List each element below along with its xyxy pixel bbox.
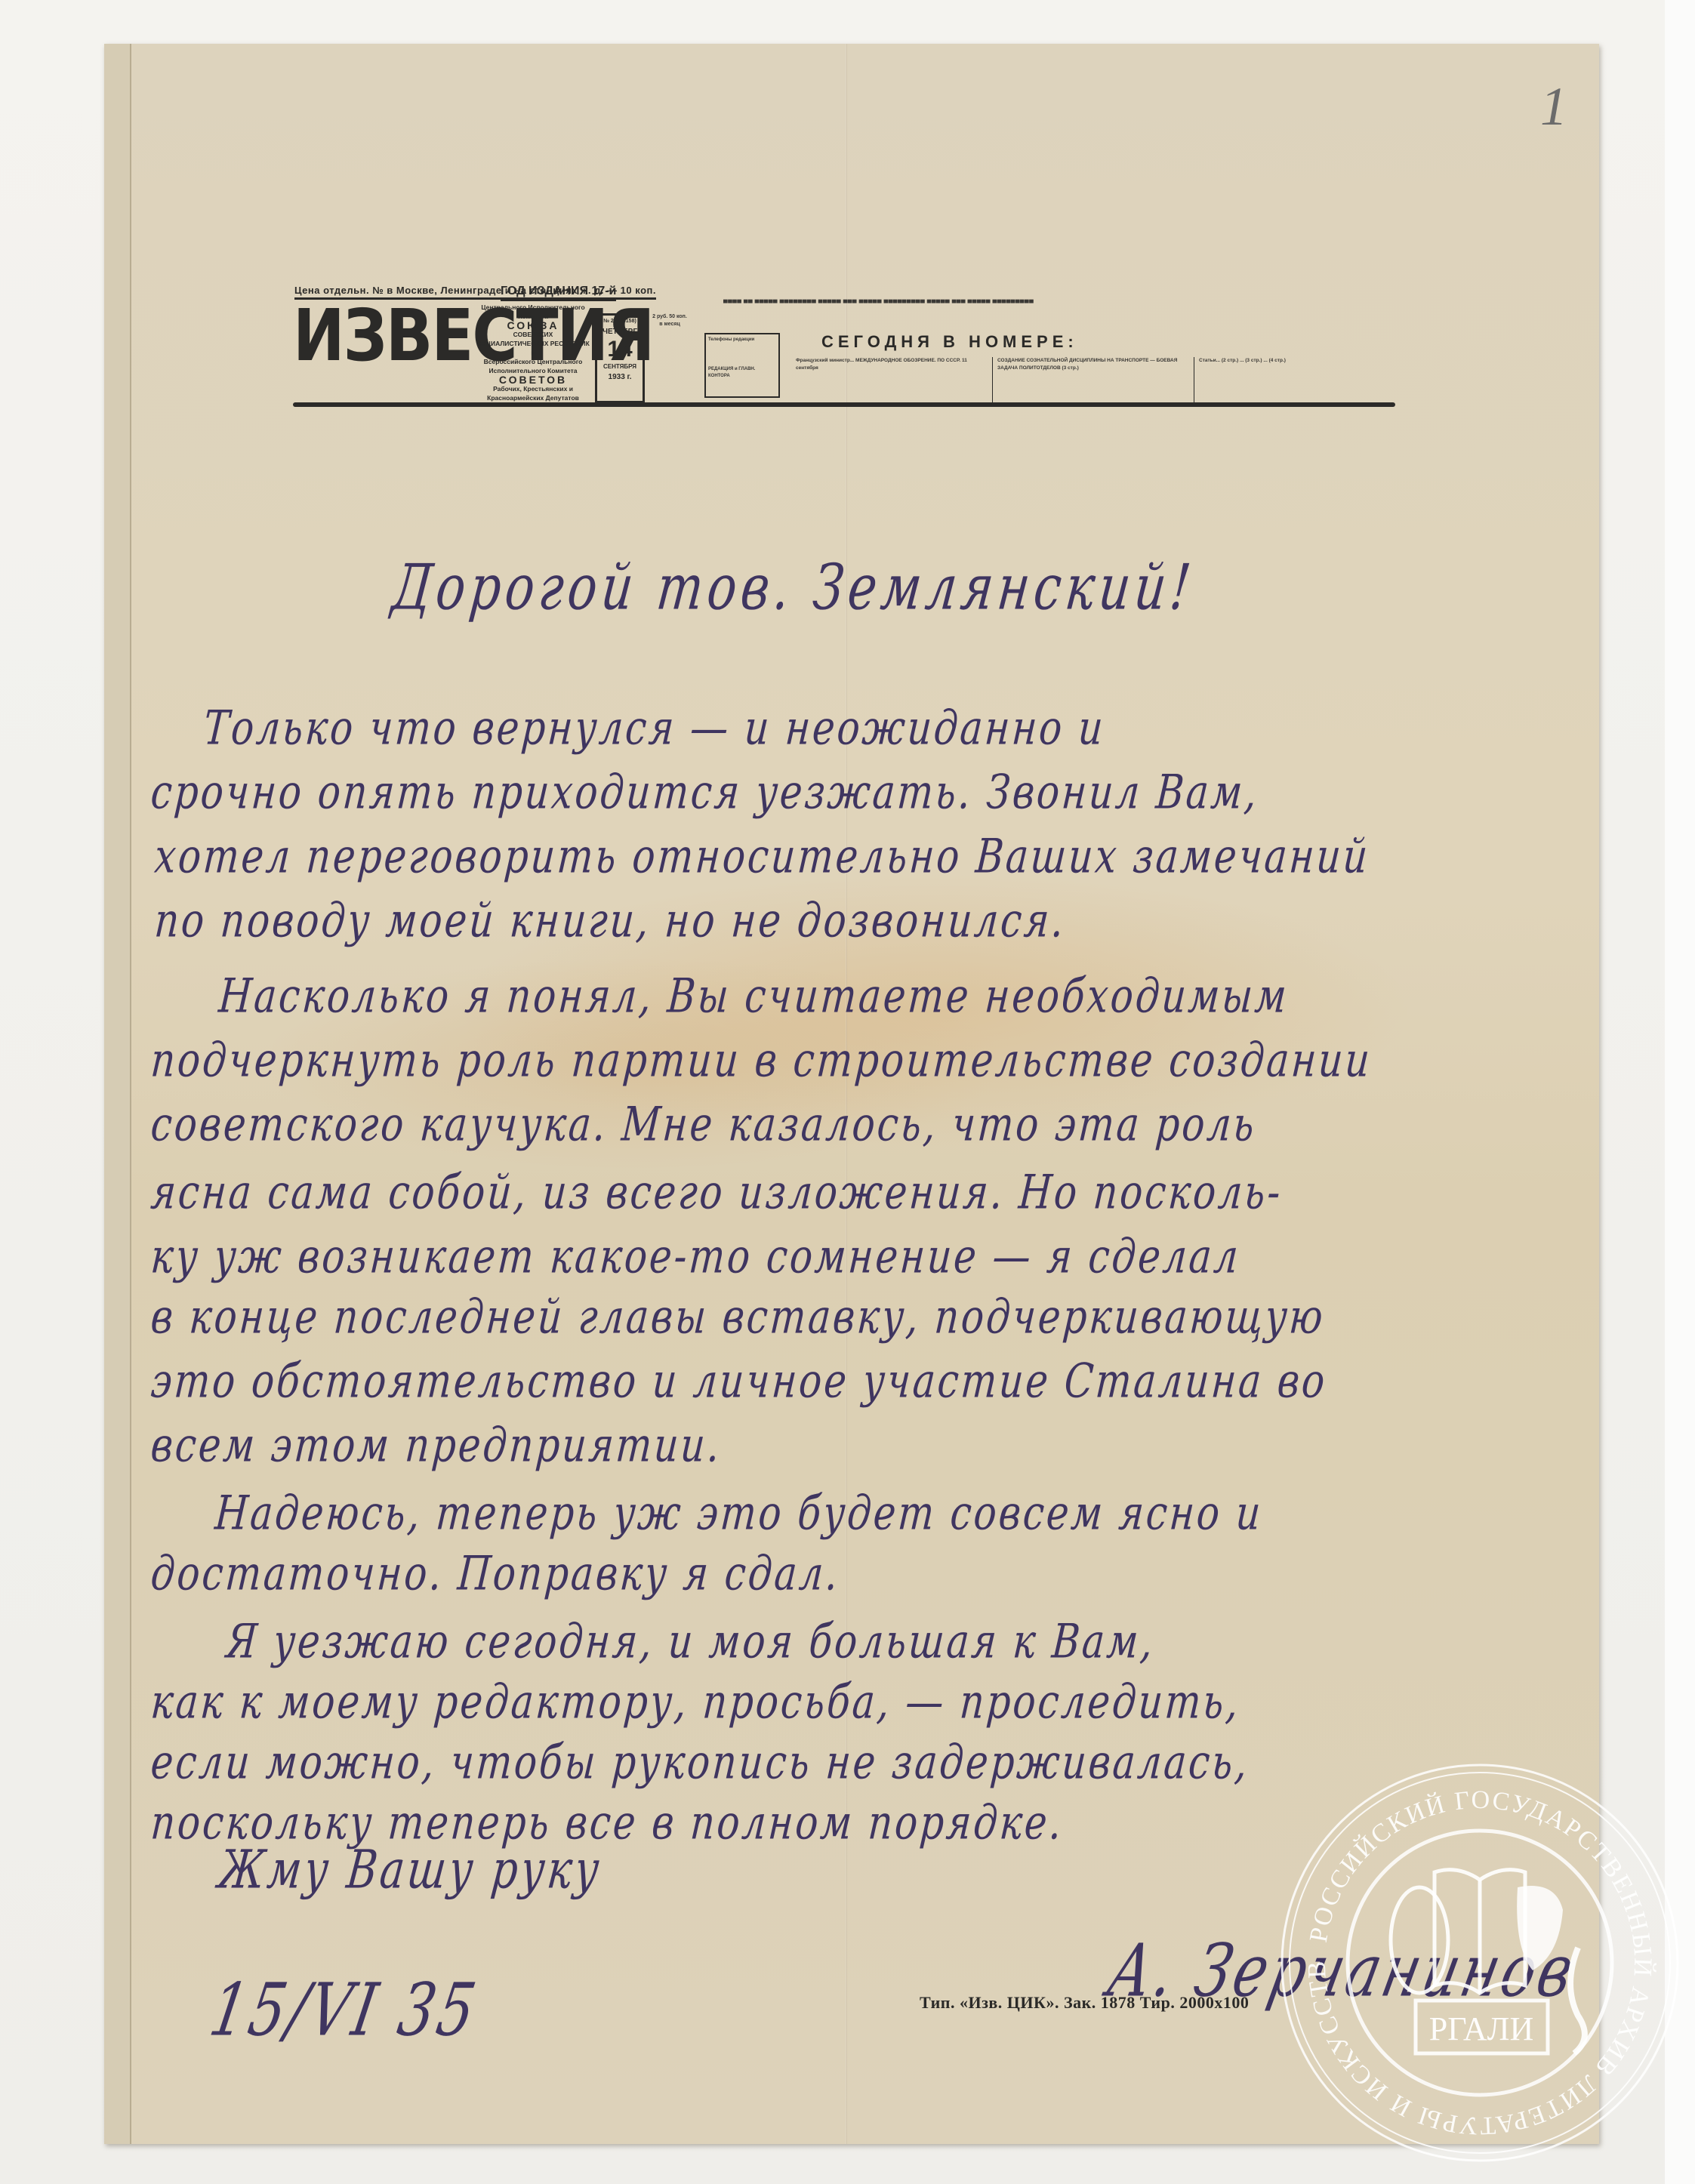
letter-line: Насколько я понял, Вы считаете необходим… (217, 969, 1290, 1024)
rgali-archive-watermark: РОССИЙСКИЙ ГОСУДАРСТВЕННЫЙ АРХИВ ЛИТЕРАТ… (1276, 1759, 1684, 2167)
watermark-ring-text: РОССИЙСКИЙ ГОСУДАРСТВЕННЫЙ АРХИВ ЛИТЕРАТ… (1276, 1759, 1656, 2139)
letter-line: если можно, чтобы рукопись не задерживал… (149, 1735, 1251, 1790)
letter-line: подчеркнуть роль партии в строительстве … (149, 1033, 1373, 1088)
letter-line: советского каучука. Мне казалось, что эт… (149, 1097, 1258, 1152)
letter-line: это обстоятельство и личное участие Стал… (149, 1354, 1328, 1409)
letter-line: достаточно. Поправку я сдал. (149, 1546, 841, 1601)
letter-date: 15/VI 35 (204, 1968, 484, 2053)
letter-line: ку уж возникает какое-то сомнение — я сд… (149, 1229, 1242, 1284)
letter-line: срочно опять приходится уезжать. Звонил … (149, 765, 1260, 820)
closing: Жму Вашу руку (216, 1839, 606, 1901)
letter-line: ясна сама собой, из всего изложения. Но … (149, 1165, 1284, 1220)
salutation: Дорогой тов. Землянский! (389, 552, 1198, 624)
letter-line: всем этом предприятии. (149, 1418, 723, 1473)
watermark-label: РГАЛИ (1429, 2010, 1534, 2047)
letter-line: Только что вернулся — и неожиданно и (202, 701, 1107, 756)
printer-imprint: Тип. «Изв. ЦИК». Зак. 1878 Тир. 2000x100 (920, 1993, 1249, 2013)
letter-line: Надеюсь, теперь уж это будет совсем ясно… (213, 1486, 1264, 1541)
letter-line: Я уезжаю сегодня, и моя большая к Вам, (224, 1614, 1156, 1669)
letter-line: хотел переговорить относительно Ваших за… (153, 829, 1371, 884)
letter-line: в конце последней главы вставку, подчерк… (149, 1289, 1327, 1345)
treble-clef-icon (1570, 1948, 1585, 2053)
palette-icon (1391, 1887, 1448, 1993)
letter-line: по поводу моей книги, но не дозвонился. (153, 893, 1067, 948)
letter-line: как к моему редактору, просьба, — просле… (149, 1674, 1242, 1730)
